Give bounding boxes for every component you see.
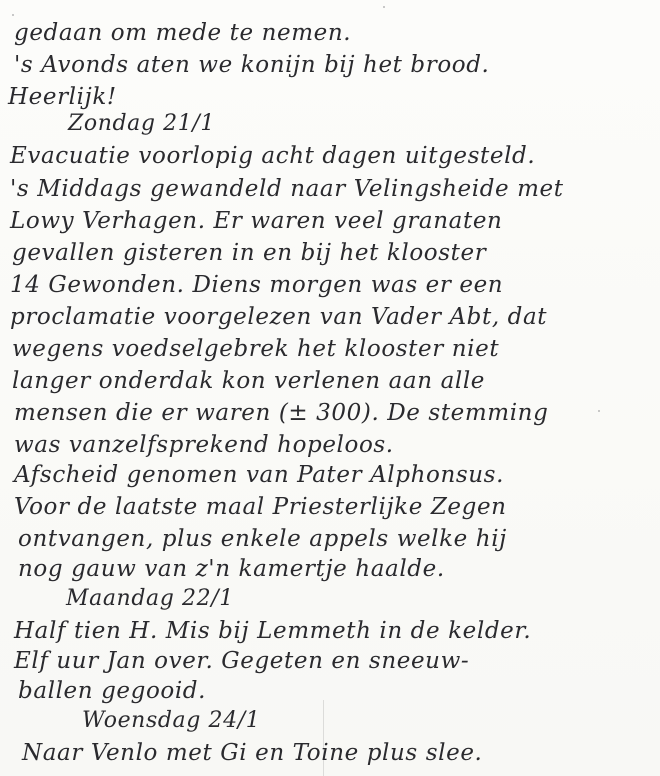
diary-line: Half tien H. Mis bij Lemmeth in de kelde… <box>14 618 531 644</box>
paper-speck <box>598 410 600 412</box>
diary-line: Lowy Verhagen. Er waren veel granaten <box>10 208 502 234</box>
diary-line: 's Avonds aten we konijn bij het brood. <box>14 52 489 78</box>
diary-line: 's Middags gewandeld naar Velingsheide m… <box>10 176 564 202</box>
diary-date-heading: Maandag 22/1 <box>66 586 234 611</box>
diary-line: was vanzelfsprekend hopeloos. <box>14 432 394 458</box>
diary-line: Evacuatie voorlopig acht dagen uitgestel… <box>10 143 535 169</box>
diary-date-heading: Zondag 21/1 <box>68 111 215 136</box>
diary-line: Voor de laatste maal Priesterlijke Zegen <box>14 494 507 520</box>
diary-line: ontvangen, plus enkele appels welke hij <box>18 526 507 552</box>
diary-line: gedaan om mede te nemen. <box>14 20 351 46</box>
diary-line: wegens voedselgebrek het klooster niet <box>12 336 499 362</box>
paper-speck <box>12 14 14 16</box>
diary-line: mensen die er waren (± 300). De stemming <box>14 400 548 426</box>
diary-line: 14 Gewonden. Diens morgen was er een <box>10 272 503 298</box>
diary-date-heading: Woensdag 24/1 <box>82 708 260 733</box>
diary-line: Naar Venlo met Gi en Toine plus slee. <box>22 740 482 766</box>
diary-line: gevallen gisteren in en bij het klooster <box>12 240 486 266</box>
paper-speck <box>383 6 385 8</box>
diary-line: nog gauw van z'n kamertje haalde. <box>18 556 445 582</box>
diary-line: Afscheid genomen van Pater Alphonsus. <box>14 462 504 488</box>
diary-line: ballen gegooid. <box>18 678 206 704</box>
diary-line: Elf uur Jan over. Gegeten en sneeuw- <box>14 648 469 674</box>
diary-line: langer onderdak kon verlenen aan alle <box>12 368 485 394</box>
diary-line: Heerlijk! <box>8 84 117 110</box>
diary-page: gedaan om mede te nemen. 's Avonds aten … <box>0 0 660 776</box>
diary-line: proclamatie voorgelezen van Vader Abt, d… <box>10 304 547 330</box>
